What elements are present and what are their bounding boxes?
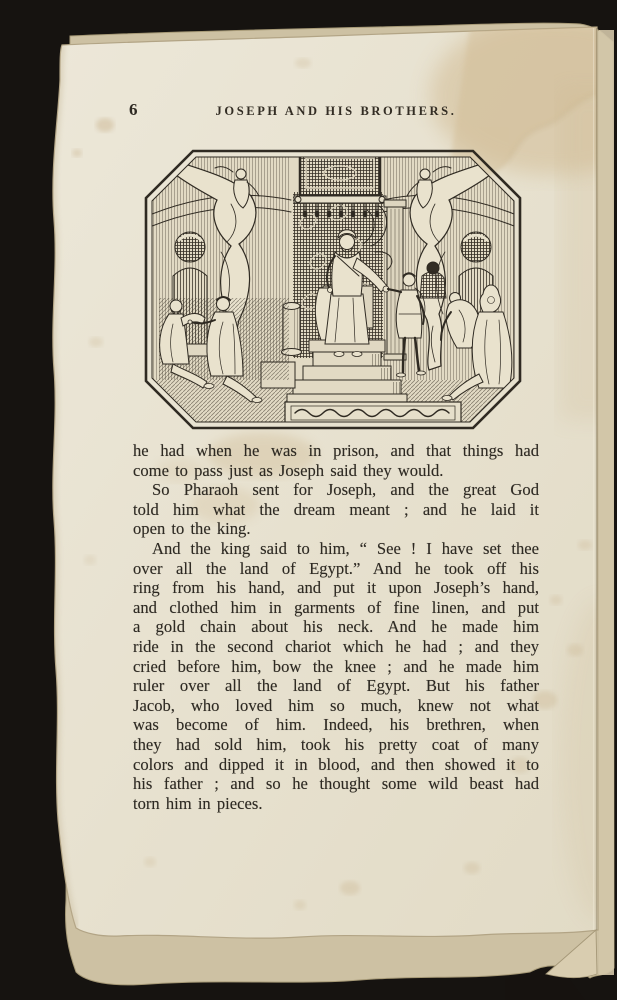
text-line: So Pharaoh sent for Joseph, and the grea… xyxy=(133,480,539,500)
text-line: over all the land of Egypt.” And he took… xyxy=(133,559,539,579)
text-line: ride in the second chariot which he had … xyxy=(133,637,539,657)
text-line: ruler over all the land of Egypt. But hi… xyxy=(133,676,539,696)
text-line: cried before him, bow the knee ; and he … xyxy=(133,657,539,677)
text-line: open to the king. xyxy=(133,519,539,539)
scanned-book-page: 6 JOSEPH AND HIS BROTHERS. xyxy=(0,0,617,1000)
right-leaf-strip xyxy=(599,30,614,975)
carpet xyxy=(285,402,461,424)
text-line: they had sold him, took his pretty coat … xyxy=(133,735,539,755)
text-line: ring from his hand, and put it upon Jose… xyxy=(133,578,539,598)
text-line: come to pass just as Joseph said they wo… xyxy=(133,461,539,481)
text-line: he had when he was in prison, and that t… xyxy=(133,441,539,461)
running-title: JOSEPH AND HIS BROTHERS. xyxy=(133,104,539,119)
body-text: he had when he was in prison, and that t… xyxy=(133,441,539,813)
text-line: his father ; and so he thought some wild… xyxy=(133,774,539,794)
text-line: torn him in pieces. xyxy=(133,794,539,814)
text-line: Jacob, who loved him so much, knew not w… xyxy=(133,696,539,716)
text-line: and clothed him in garments of fine line… xyxy=(133,598,539,618)
text-line: colors and dipped it in blood, and then … xyxy=(133,755,539,775)
text-line: was become of him. Indeed, his brethren,… xyxy=(133,715,539,735)
woodcut-illustration xyxy=(143,148,523,431)
text-line: And the king said to him, “ See ! I have… xyxy=(133,539,539,559)
text-line: told him what the dream meant ; and he l… xyxy=(133,500,539,520)
text-line: a gold chain about his neck. And he made… xyxy=(133,617,539,637)
